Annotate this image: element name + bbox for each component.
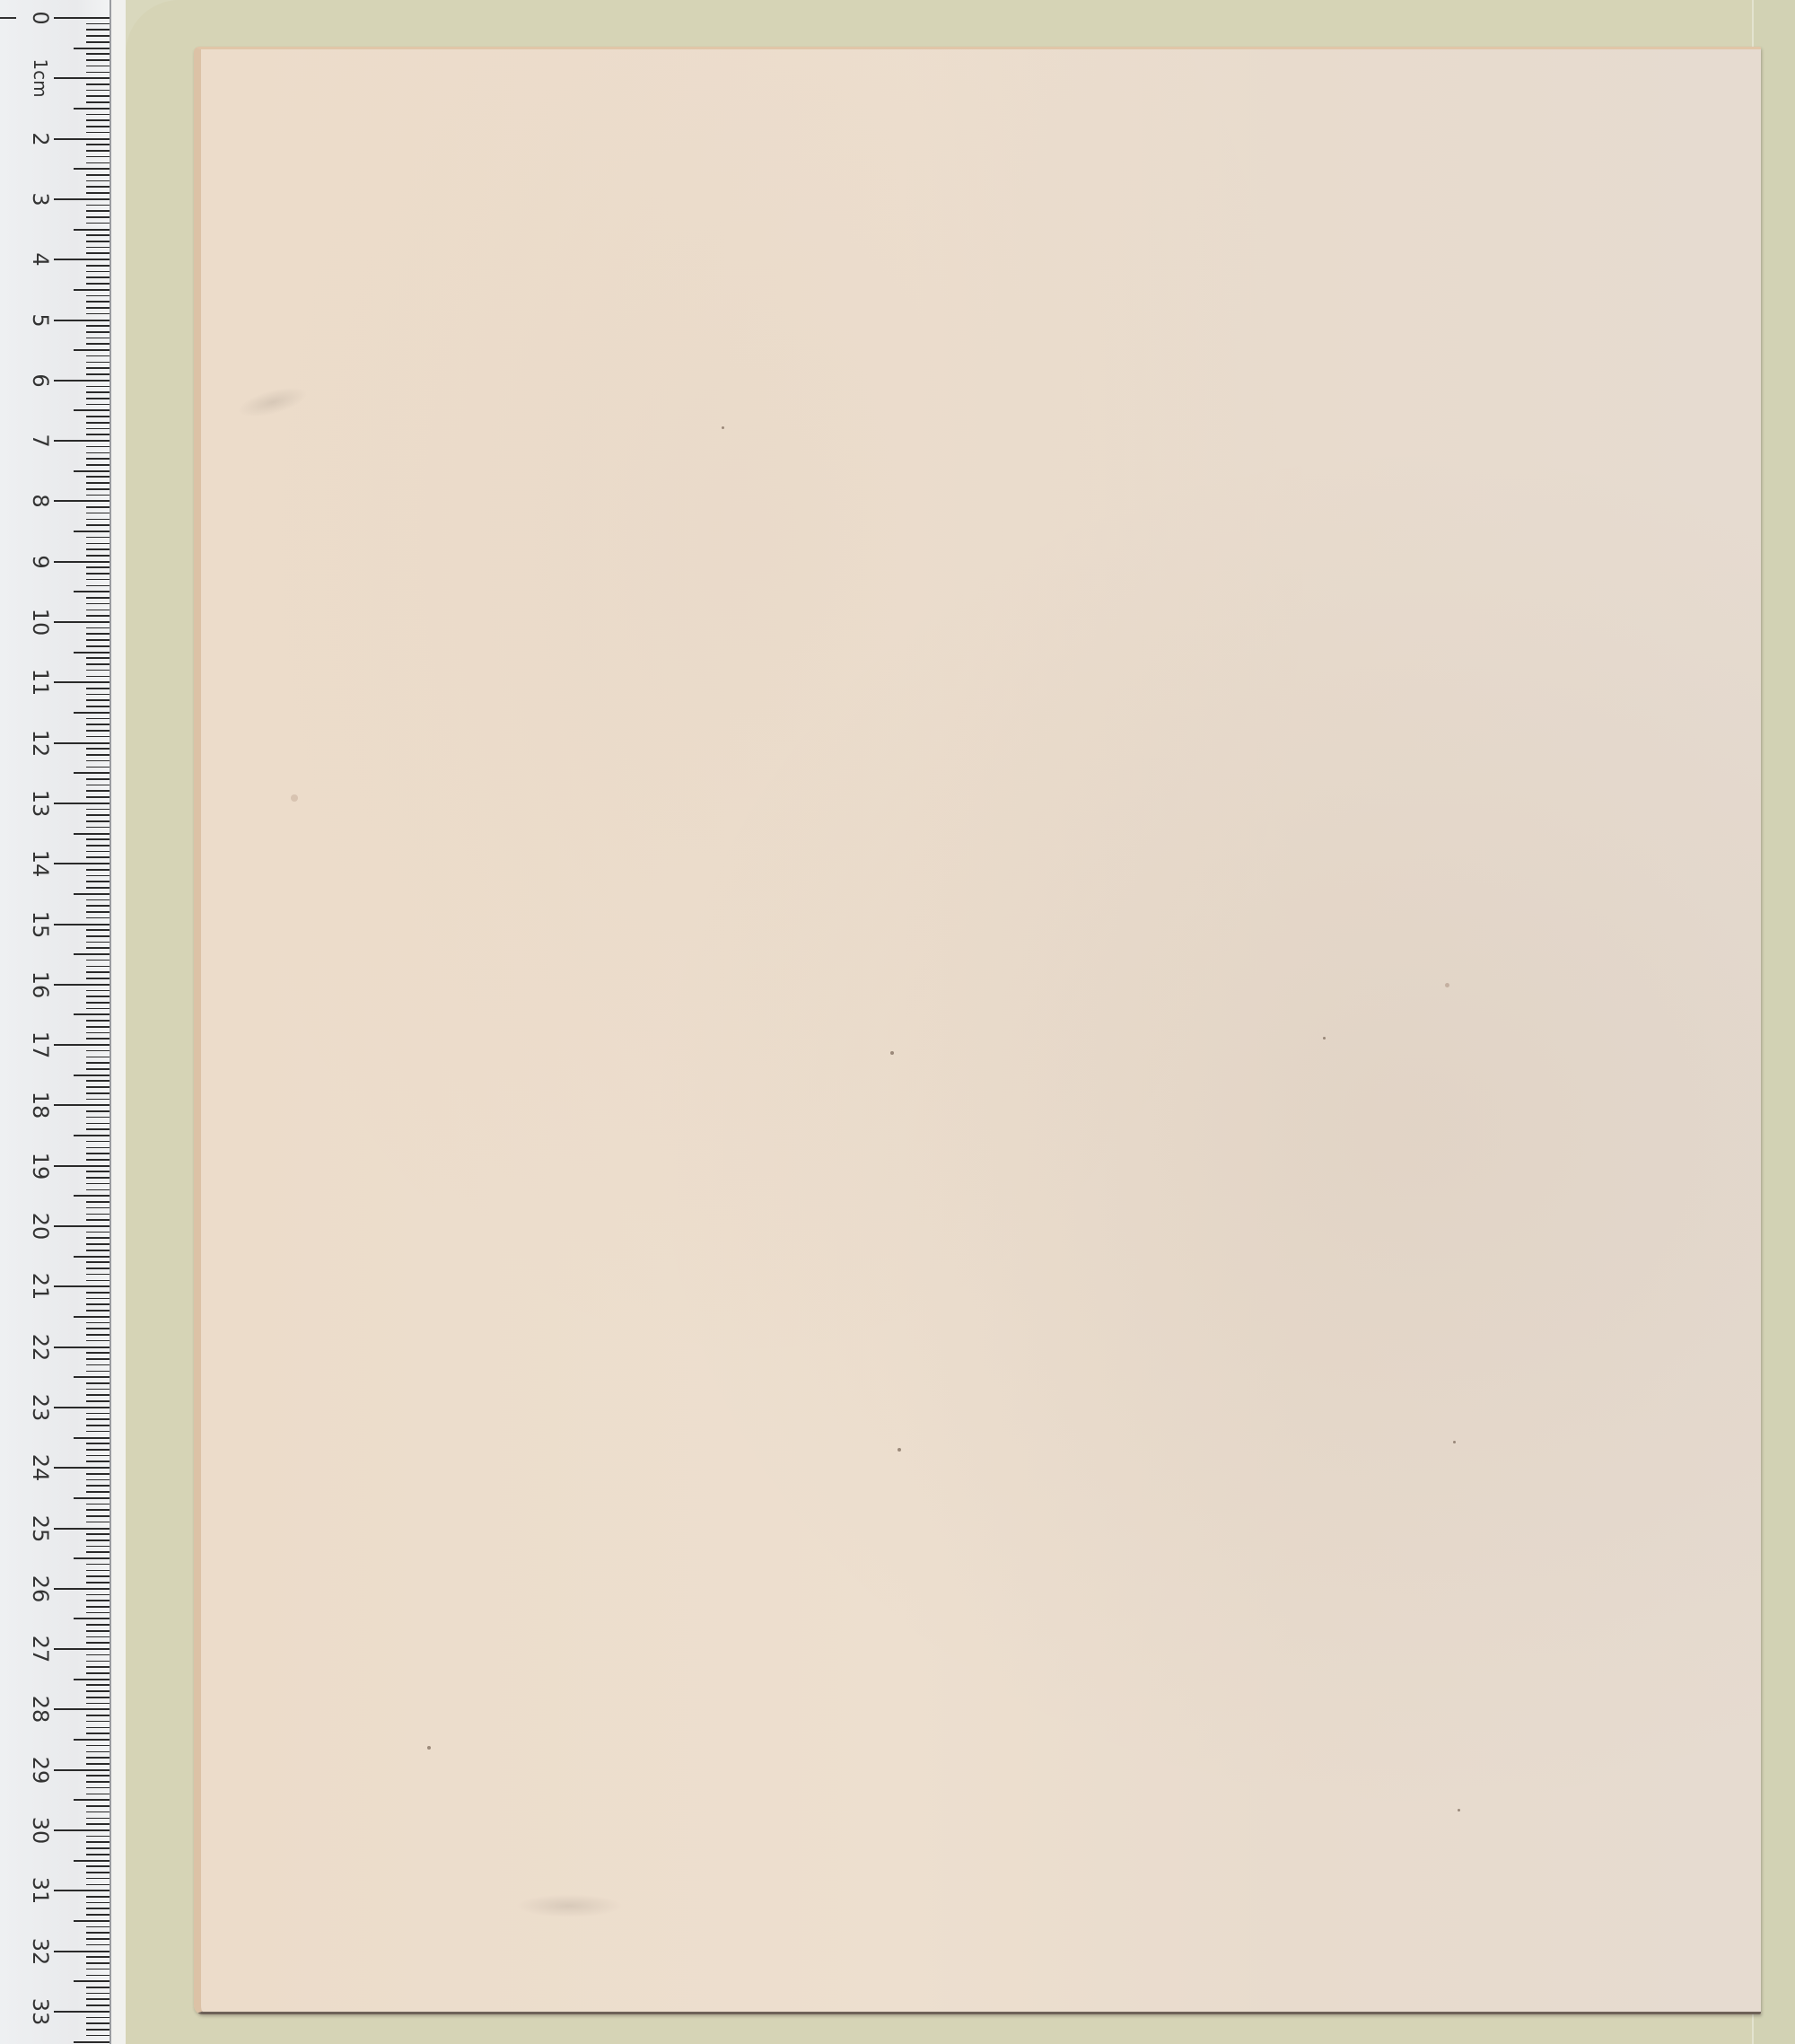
ruler-tick [86,610,109,611]
ruler-label: 22 [22,1336,58,1359]
ruler-tick [86,990,109,992]
ruler-major-tick [54,1347,109,1348]
ruler-tick [86,476,109,478]
ruler-tick [86,162,109,164]
ruler-tick [86,627,109,629]
ruler-tick [86,338,109,339]
ruler-tick [86,1509,109,1511]
ruler-tick [74,1739,109,1741]
ruler-tick [86,72,109,74]
ruler-tick [74,772,109,774]
ruler-tick [74,591,109,592]
ruler-tick [86,1201,109,1203]
ruler-tick [86,1261,109,1263]
ruler-tick [86,760,109,762]
ruler-tick [86,555,109,557]
ruler-tick [74,168,109,170]
ruler-tick [86,1461,109,1462]
ruler-tick [86,1781,109,1783]
ruler-tick [86,114,109,116]
ruler-tick [74,48,109,49]
ruler-tick [86,1745,109,1747]
ruler-tick [86,1818,109,1820]
ruler-tick [86,996,109,997]
ruler-label: 21 [22,1275,58,1298]
ruler-tick [86,838,109,840]
ruler-tick [86,718,109,720]
ruler-tick [86,205,109,206]
ruler-tick [86,1243,109,1245]
ruler-tick [86,1250,109,1251]
ruler-tick [74,1013,109,1015]
ruler-tick [86,1914,109,1916]
ruler-tick [86,1303,109,1305]
ruler-tick [86,537,109,539]
ruler-major-tick [54,1528,109,1530]
ruler-tick [86,1177,109,1179]
ruler-label: 11 [22,671,58,694]
ruler-tick [86,856,109,858]
ruler-tick [86,736,109,738]
ruler-tick [86,95,109,97]
ruler-tick [86,482,109,484]
ruler-tick [86,1268,109,1269]
ruler-label: 14 [22,852,58,875]
ruler-tick [86,663,109,665]
ruler-tick [86,1153,109,1154]
ruler-tick [86,767,109,768]
ruler-tick [86,283,109,285]
ruler-tick [86,1298,109,1300]
ruler-tick [86,1310,109,1311]
ruler-tick [86,1207,109,1209]
ruler-tick [86,978,109,979]
ruler-tick [86,1092,109,1094]
ruler-tick [74,409,109,411]
ruler-tick [86,373,109,375]
ruler-tick [86,1232,109,1233]
ruler-tick [86,1600,109,1601]
ruler-tick [86,1479,109,1481]
ruler-tick [86,35,109,37]
ruler-label: 13 [22,792,58,815]
ruler-tick [86,688,109,689]
ruler-tick [86,524,109,526]
ruler-tick [86,1787,109,1789]
ruler-tick [86,790,109,792]
ruler-tick [86,1533,109,1535]
paper-speck [1458,1809,1460,1812]
ruler-tick [86,585,109,587]
ruler-tick [86,295,109,297]
ruler-tick [86,29,109,31]
ruler-major-tick [54,380,109,382]
ruler-tick [86,1189,109,1191]
ruler-major-tick [54,863,109,864]
ruler-tick [86,1328,109,1329]
ruler-tick [86,2035,109,2037]
ruler-tick [74,652,109,654]
ruler-major-tick [54,924,109,926]
ruler-tick [86,446,109,448]
ruler-tick [86,1841,109,1843]
ruler-tick [74,1860,109,1862]
ruler-tick [86,1485,109,1487]
measuring-ruler: 01cm234567891011121314151617181920212223… [0,0,111,2044]
paper-speck [890,1051,894,1055]
ruler-major-tick [54,500,109,502]
ruler-tick [86,1944,109,1946]
ruler-tick [86,2005,109,2006]
ruler-tick [86,1057,109,1058]
ruler-tick [86,307,109,309]
ruler-major-tick [54,1044,109,1046]
ruler-tick [86,1515,109,1517]
ruler-tick [74,531,109,532]
ruler-tick [86,355,109,357]
ruler-major-tick [54,1648,109,1650]
ruler-tick [86,887,109,889]
ruler-tick [86,730,109,732]
ruler-tick [86,1998,109,2000]
ruler-tick [86,271,109,273]
ruler-tick [86,1908,109,1909]
ruler-tick [86,428,109,430]
ruler-major-tick [54,1588,109,1590]
ruler-tick [86,59,109,61]
pencil-smudge [515,1894,623,1917]
ruler-tick [86,645,109,647]
ruler-tick [86,1672,109,1674]
ruler-tick [86,966,109,968]
ruler-tick [86,2022,109,2024]
ruler-tick [86,1008,109,1010]
ruler-label: 7 [22,429,58,452]
ruler-tick [86,929,109,931]
ruler-label: 23 [22,1396,58,1419]
ruler-tick [86,1394,109,1396]
ruler-tick [86,53,109,55]
ruler-tick [86,23,109,25]
ruler-tick [86,1141,109,1143]
ruler-major-tick [54,1708,109,1710]
ruler-tick [86,1703,109,1705]
ruler-tick [86,1099,109,1101]
ruler-label: 6 [22,369,58,392]
ruler-tick [86,1630,109,1632]
ruler-tick [86,851,109,853]
ruler-tick [86,657,109,659]
ruler-tick [86,1969,109,1970]
ruler-tick [74,2041,109,2043]
ruler-label: 16 [22,973,58,996]
ruler-tick [74,470,109,472]
ruler-tick [86,1062,109,1064]
ruler-tick [86,452,109,454]
ruler-tick [86,144,109,145]
ruler-tick [86,150,109,152]
ruler-tick [74,1980,109,1982]
ruler-tick [74,349,109,351]
paper-speck [1323,1037,1326,1040]
ruler-tick [86,1340,109,1342]
ruler-tick [86,1612,109,1614]
ruler-tick [86,1551,109,1553]
ruler-label: 9 [22,550,58,574]
ruler-tick [74,833,109,835]
ruler-major-tick [54,681,109,683]
ruler-tick [86,827,109,829]
ruler-tick [86,132,109,134]
ruler-tick [86,126,109,127]
paper-speck [722,426,724,429]
ruler-tick [74,108,109,110]
ruler-tick [74,1920,109,1922]
ruler-tick [86,1322,109,1324]
ruler-tick [74,953,109,955]
paper-speck [897,1448,901,1452]
ruler-tick [86,234,109,236]
ruler-tick [86,917,109,919]
ruler-tick [86,1171,109,1172]
ruler-tick [86,1219,109,1221]
ruler-tick [86,247,109,249]
ruler-tick [74,1618,109,1619]
ruler-tick [86,694,109,696]
ruler-tick [86,495,109,496]
ruler-tick [86,1334,109,1336]
ruler-tick [86,1884,109,1886]
ruler-major-tick [54,320,109,321]
ruler-tick [86,1582,109,1583]
ruler-major-tick [54,77,109,79]
ruler-tick [86,66,109,67]
ruler-tick [86,1352,109,1354]
ruler-tick [86,1902,109,1904]
ruler-tick [74,1075,109,1076]
ruler-major-tick [54,803,109,804]
ruler-tick [86,1715,109,1716]
ruler-tick [86,548,109,550]
ruler-tick [86,367,109,369]
ruler-tick [86,1666,109,1668]
ruler-tick [86,325,109,327]
ruler-label: 27 [22,1637,58,1661]
ruler-label: 29 [22,1759,58,1782]
ruler-major-tick [54,1165,109,1167]
ruler-tick [86,1654,109,1656]
ruler-tick [86,706,109,707]
ruler-tick [86,1993,109,1995]
ruler-tick [86,488,109,490]
ruler-tick [86,1147,109,1149]
ruler-tick [86,252,109,254]
ruler-tick [86,971,109,973]
ruler-tick [74,1316,109,1318]
ruler-tick [74,1497,109,1499]
ruler-tick [86,615,109,617]
ruler-major-tick [54,198,109,200]
ruler-tick [74,1679,109,1680]
ruler-tick [86,1763,109,1765]
ruler-tick [86,1117,109,1118]
ruler-tick [86,1751,109,1753]
ruler-label: 25 [22,1517,58,1540]
ruler-tick [86,1050,109,1052]
paper-speck [1453,1441,1456,1443]
pencil-smudge [235,382,311,423]
ruler-tick [86,899,109,901]
ruler-tick [86,1020,109,1022]
ruler-tick [86,216,109,218]
ruler-tick [86,1812,109,1813]
ruler-tick [74,1256,109,1258]
ruler-tick [86,754,109,756]
ruler-tick [86,223,109,224]
ruler-tick [86,513,109,514]
ruler-major-tick [54,1285,109,1287]
ruler-tick [86,1564,109,1566]
ruler-tick [86,2029,109,2031]
ruler-tick [86,543,109,545]
ruler-label: 15 [22,913,58,936]
ruler-major-tick [54,259,109,260]
ruler-tick [74,1376,109,1378]
paper-speck [291,794,298,802]
ruler-tick [86,1002,109,1004]
ruler-tick [86,1183,109,1185]
ruler-tick [86,724,109,725]
ruler-label: 19 [22,1154,58,1178]
ruler-tick [86,1504,109,1505]
ruler-tick [86,1449,109,1451]
ruler-tick [86,119,109,121]
ruler-edge [111,0,126,2044]
ruler-tick [86,422,109,424]
ruler-tick [86,796,109,798]
ruler-tick [86,911,109,913]
ruler-tick [86,573,109,575]
ruler-tick [86,301,109,303]
ruler-tick [74,1135,109,1136]
ruler-tick [86,398,109,399]
ruler-tick [86,1280,109,1282]
ruler-tick [86,1956,109,1958]
ruler-tick [86,1932,109,1934]
ruler-tick [86,1159,109,1161]
ruler-tick [86,960,109,961]
ruler-label: 3 [22,188,58,211]
ruler-tick [86,1926,109,1928]
ruler-tick [86,1697,109,1698]
ruler-tick [86,1128,109,1130]
ruler-tick [86,1727,109,1729]
ruler-tick [86,597,109,599]
ruler-tick [86,331,109,333]
ruler-tick [86,1389,109,1390]
ruler-tick [86,1775,109,1776]
ruler-tick [86,670,109,671]
ruler-tick [86,1962,109,1964]
ruler-tick [86,1473,109,1475]
ruler-tick [86,1690,109,1692]
ruler-major-tick [54,1829,109,1831]
ruler-tick [86,1068,109,1070]
ruler-major-tick [54,1104,109,1106]
ruler-major-tick [54,1467,109,1469]
ruler-tick [86,1987,109,1988]
ruler-label: 5 [22,309,58,332]
ruler-tick [86,1836,109,1838]
ruler-tick [74,712,109,714]
ruler-tick [74,1557,109,1559]
ruler-label: 30 [22,1819,58,1842]
ruler-tick [86,241,109,242]
ruler-tick [86,1026,109,1028]
ruler-tick [86,180,109,182]
ruler-tick [86,881,109,882]
ruler-tick [86,947,109,949]
ruler-tick [86,778,109,780]
ruler-tick [86,210,109,212]
ruler-tick [86,845,109,847]
ruler-tick [86,1540,109,1541]
ruler-tick [74,1195,109,1197]
ruler-tick [86,156,109,158]
ruler-tick [86,1865,109,1867]
ruler-major-tick [54,1890,109,1891]
ruler-major-tick [54,1951,109,1952]
ruler-tick [86,458,109,460]
ruler-label: 28 [22,1697,58,1721]
ruler-tick [86,1575,109,1577]
ruler-tick [86,101,109,103]
ruler-tick [86,1661,109,1662]
ruler-tick [86,1642,109,1644]
ruler-label: 10 [22,610,58,634]
ruler-tick [86,276,109,278]
ruler-tick [86,404,109,406]
ruler-tick [86,1214,109,1215]
ruler-tick [86,464,109,466]
ruler-tick [86,639,109,641]
ruler-tick [86,1455,109,1457]
ruler-label: 31 [22,1879,58,1902]
paper-speck [1445,983,1449,987]
ruler-tick [86,1733,109,1734]
ruler-tick [86,1038,109,1040]
ruler-label: 8 [22,489,58,513]
ruler-tick [74,1799,109,1801]
ruler-tick [86,1606,109,1608]
ruler-tick [86,1382,109,1384]
ruler-tick [86,785,109,786]
ruler-label: 0 [22,6,58,30]
ruler-tick [86,1371,109,1373]
ruler-tick [86,1794,109,1795]
ruler-tick [86,265,109,267]
ruler-tick [86,1274,109,1276]
ruler-major-tick [54,984,109,986]
ruler-label: 18 [22,1093,58,1117]
ruler-tick [86,748,109,750]
ruler-tick [86,1364,109,1366]
ruler-tick [86,1684,109,1686]
ruler-tick [86,869,109,871]
ruler-tick [86,935,109,937]
ruler-tick [86,1032,109,1034]
ruler-tick [86,820,109,822]
